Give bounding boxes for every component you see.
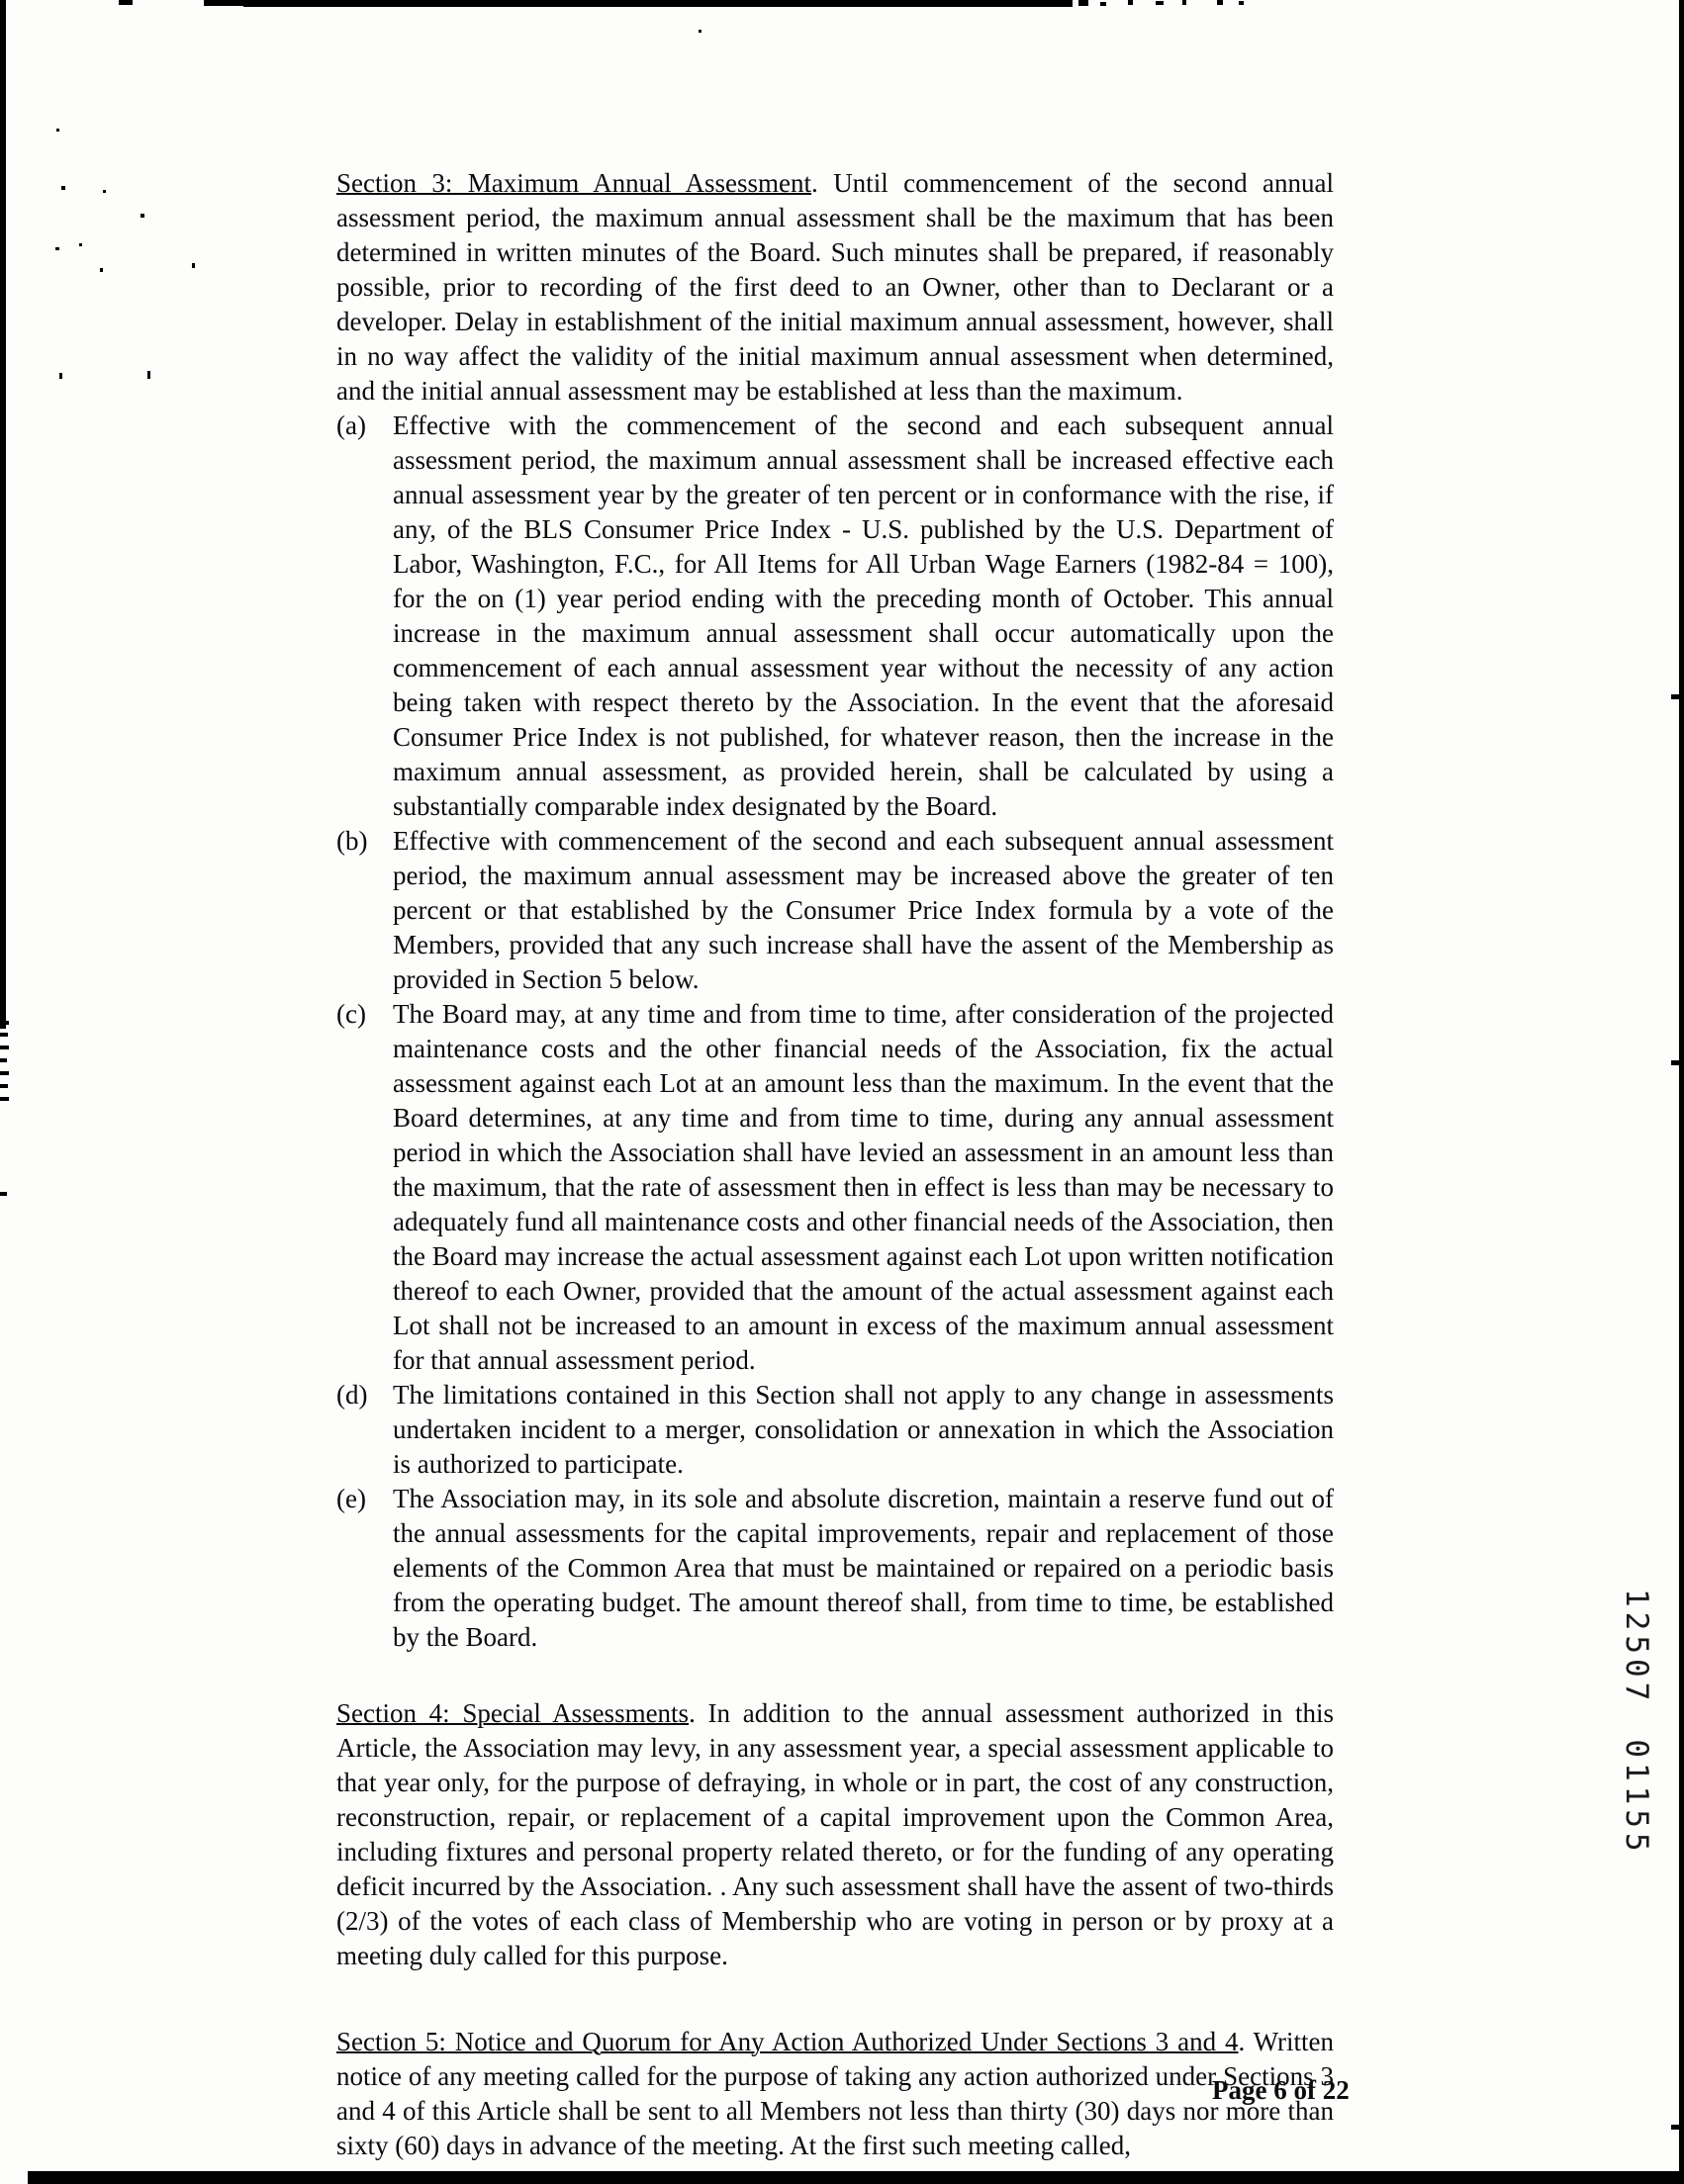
scan-artifact-top-dash <box>1156 1 1164 5</box>
section-4-heading: Section 4: Special Assessments <box>336 1698 689 1728</box>
list-item-label: (b) <box>336 824 393 997</box>
scan-artifact-top-dash <box>1100 2 1106 6</box>
list-item: (d) The limitations contained in this Se… <box>336 1378 1334 1482</box>
scan-artifact-right-tick <box>1671 1060 1679 1065</box>
recorder-stamp: 1250701155 <box>1619 1589 1654 1857</box>
list-item: (c) The Board may, at any time and from … <box>336 997 1334 1378</box>
scan-artifact-top-dash <box>1128 0 1133 5</box>
section-4-heading-separator: . <box>689 1698 707 1728</box>
scan-artifact-speckle <box>61 186 65 190</box>
recorder-stamp-right: 01155 <box>1619 1739 1654 1856</box>
scan-artifact-top-dash <box>119 0 133 5</box>
scan-artifact-top-dash <box>1182 0 1186 5</box>
scan-artifact-left-tick <box>0 1058 7 1062</box>
list-item-label: (a) <box>336 409 393 824</box>
list-item: (b) Effective with commencement of the s… <box>336 824 1334 997</box>
scan-artifact-left-tick <box>0 1046 9 1049</box>
scan-artifact-left-tick <box>0 1084 8 1088</box>
list-item: (e) The Association may, in its sole and… <box>336 1482 1334 1655</box>
list-item-text: The Association may, in its sole and abs… <box>393 1482 1334 1655</box>
scan-artifact-left-tick <box>0 1071 9 1075</box>
scan-artifact-speckle <box>55 247 59 250</box>
list-item-text: The Board may, at any time and from time… <box>393 997 1334 1378</box>
list-item-text: Effective with commencement of the secon… <box>393 824 1334 997</box>
recorder-stamp-left: 12507 <box>1619 1589 1654 1705</box>
page-number: Page 6 of 22 <box>1212 2075 1350 2106</box>
scan-artifact-left-tick <box>0 1192 7 1196</box>
list-item-label: (d) <box>336 1378 393 1482</box>
list-item-text: Effective with the commencement of the s… <box>393 409 1334 824</box>
scan-artifact-right-tick <box>1671 2125 1679 2130</box>
scan-artifact-bottom-bar <box>28 2171 1684 2184</box>
scan-artifact-speckle <box>140 214 144 218</box>
scan-artifact-top-dash <box>1217 0 1223 5</box>
document-body: Section 3: Maximum Annual Assessment. Un… <box>336 166 1334 2163</box>
scanned-document-page: Section 3: Maximum Annual Assessment. Un… <box>0 0 1684 2184</box>
scan-artifact-top-bar <box>243 0 1073 7</box>
section-5-paragraph: Section 5: Notice and Quorum for Any Act… <box>336 2025 1334 2163</box>
section-5-heading: Section 5: Notice and Quorum for Any Act… <box>336 2027 1239 2056</box>
scan-artifact-left-tick <box>0 1021 9 1025</box>
scan-artifact-top-dash <box>1078 0 1088 6</box>
scan-artifact-top-dash <box>204 0 247 6</box>
list-item-label: (e) <box>336 1482 393 1655</box>
section-5-heading-separator: . <box>1239 2027 1254 2056</box>
list-item: (a) Effective with the commencement of t… <box>336 409 1334 824</box>
section-4-body-text: In addition to the annual assessment aut… <box>336 1698 1334 1970</box>
section-3-body-text: Until commencement of the second annual … <box>336 168 1334 406</box>
section-3-paragraph: Section 3: Maximum Annual Assessment. Un… <box>336 166 1334 409</box>
scan-artifact-left-bar <box>0 0 6 1029</box>
section-4-paragraph: Section 4: Special Assessments. In addit… <box>336 1696 1334 1973</box>
scan-artifact-speckle <box>699 30 702 33</box>
scan-artifact-speckle <box>147 371 150 379</box>
scan-artifact-right-bar <box>1679 0 1684 2184</box>
scan-artifact-speckle <box>103 190 106 193</box>
scan-artifact-speckle <box>79 243 82 246</box>
scan-artifact-speckle <box>192 263 195 268</box>
section-3-list: (a) Effective with the commencement of t… <box>336 409 1334 1655</box>
scan-artifact-speckle <box>100 268 103 272</box>
scan-artifact-speckle <box>56 129 59 132</box>
scan-artifact-speckle <box>59 373 62 379</box>
section-3-heading-separator: . <box>811 168 833 198</box>
scan-artifact-top-dash <box>1239 1 1244 5</box>
scan-artifact-left-tick <box>0 1097 9 1101</box>
scan-artifact-right-tick <box>1671 694 1679 699</box>
section-3-heading: Section 3: Maximum Annual Assessment <box>336 168 811 198</box>
list-item-text: The limitations contained in this Sectio… <box>393 1378 1334 1482</box>
scan-artifact-left-tick <box>0 1033 8 1037</box>
list-item-label: (c) <box>336 997 393 1378</box>
